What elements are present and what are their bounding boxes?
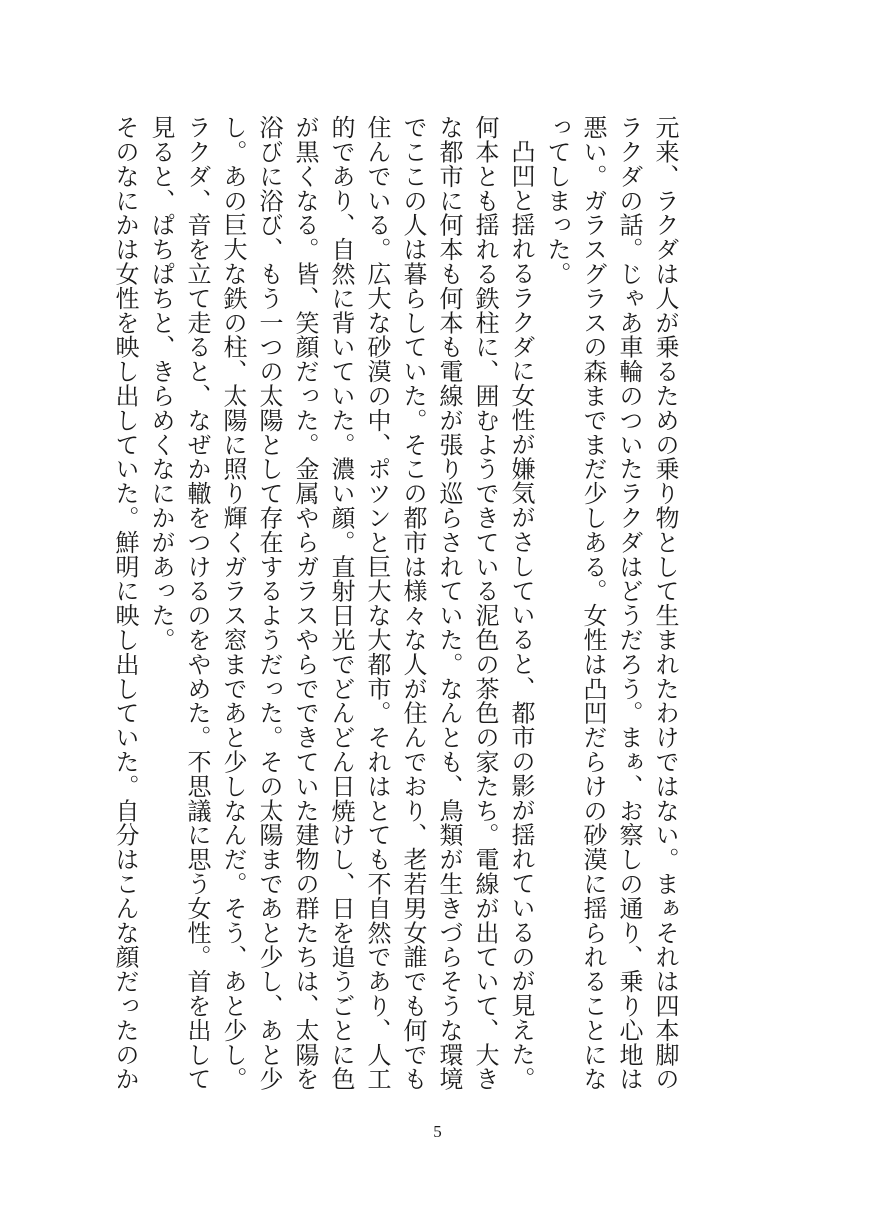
page-number: 5 [0,1122,875,1142]
book-page: 元来、ラクダは人が乗るための乗り物として生まれたわけではない。まぁそれは四本脚の… [0,0,875,1213]
paragraph: 元来、ラクダは人が乗るための乗り物として生まれたわけではない。まぁそれは四本脚の… [538,115,682,1091]
paragraph: 凸凹と揺れるラクダに女性が嫌気がさしていると、都市の影が揺れているのが見えた。何… [142,115,538,1091]
paragraph: そのなにかは女性を映し出していた。鮮明に映し出していた。自分はこんな顔だったのか [106,115,142,1091]
vertical-text-block: 元来、ラクダは人が乗るための乗り物として生まれたわけではない。まぁそれは四本脚の… [106,115,682,1091]
